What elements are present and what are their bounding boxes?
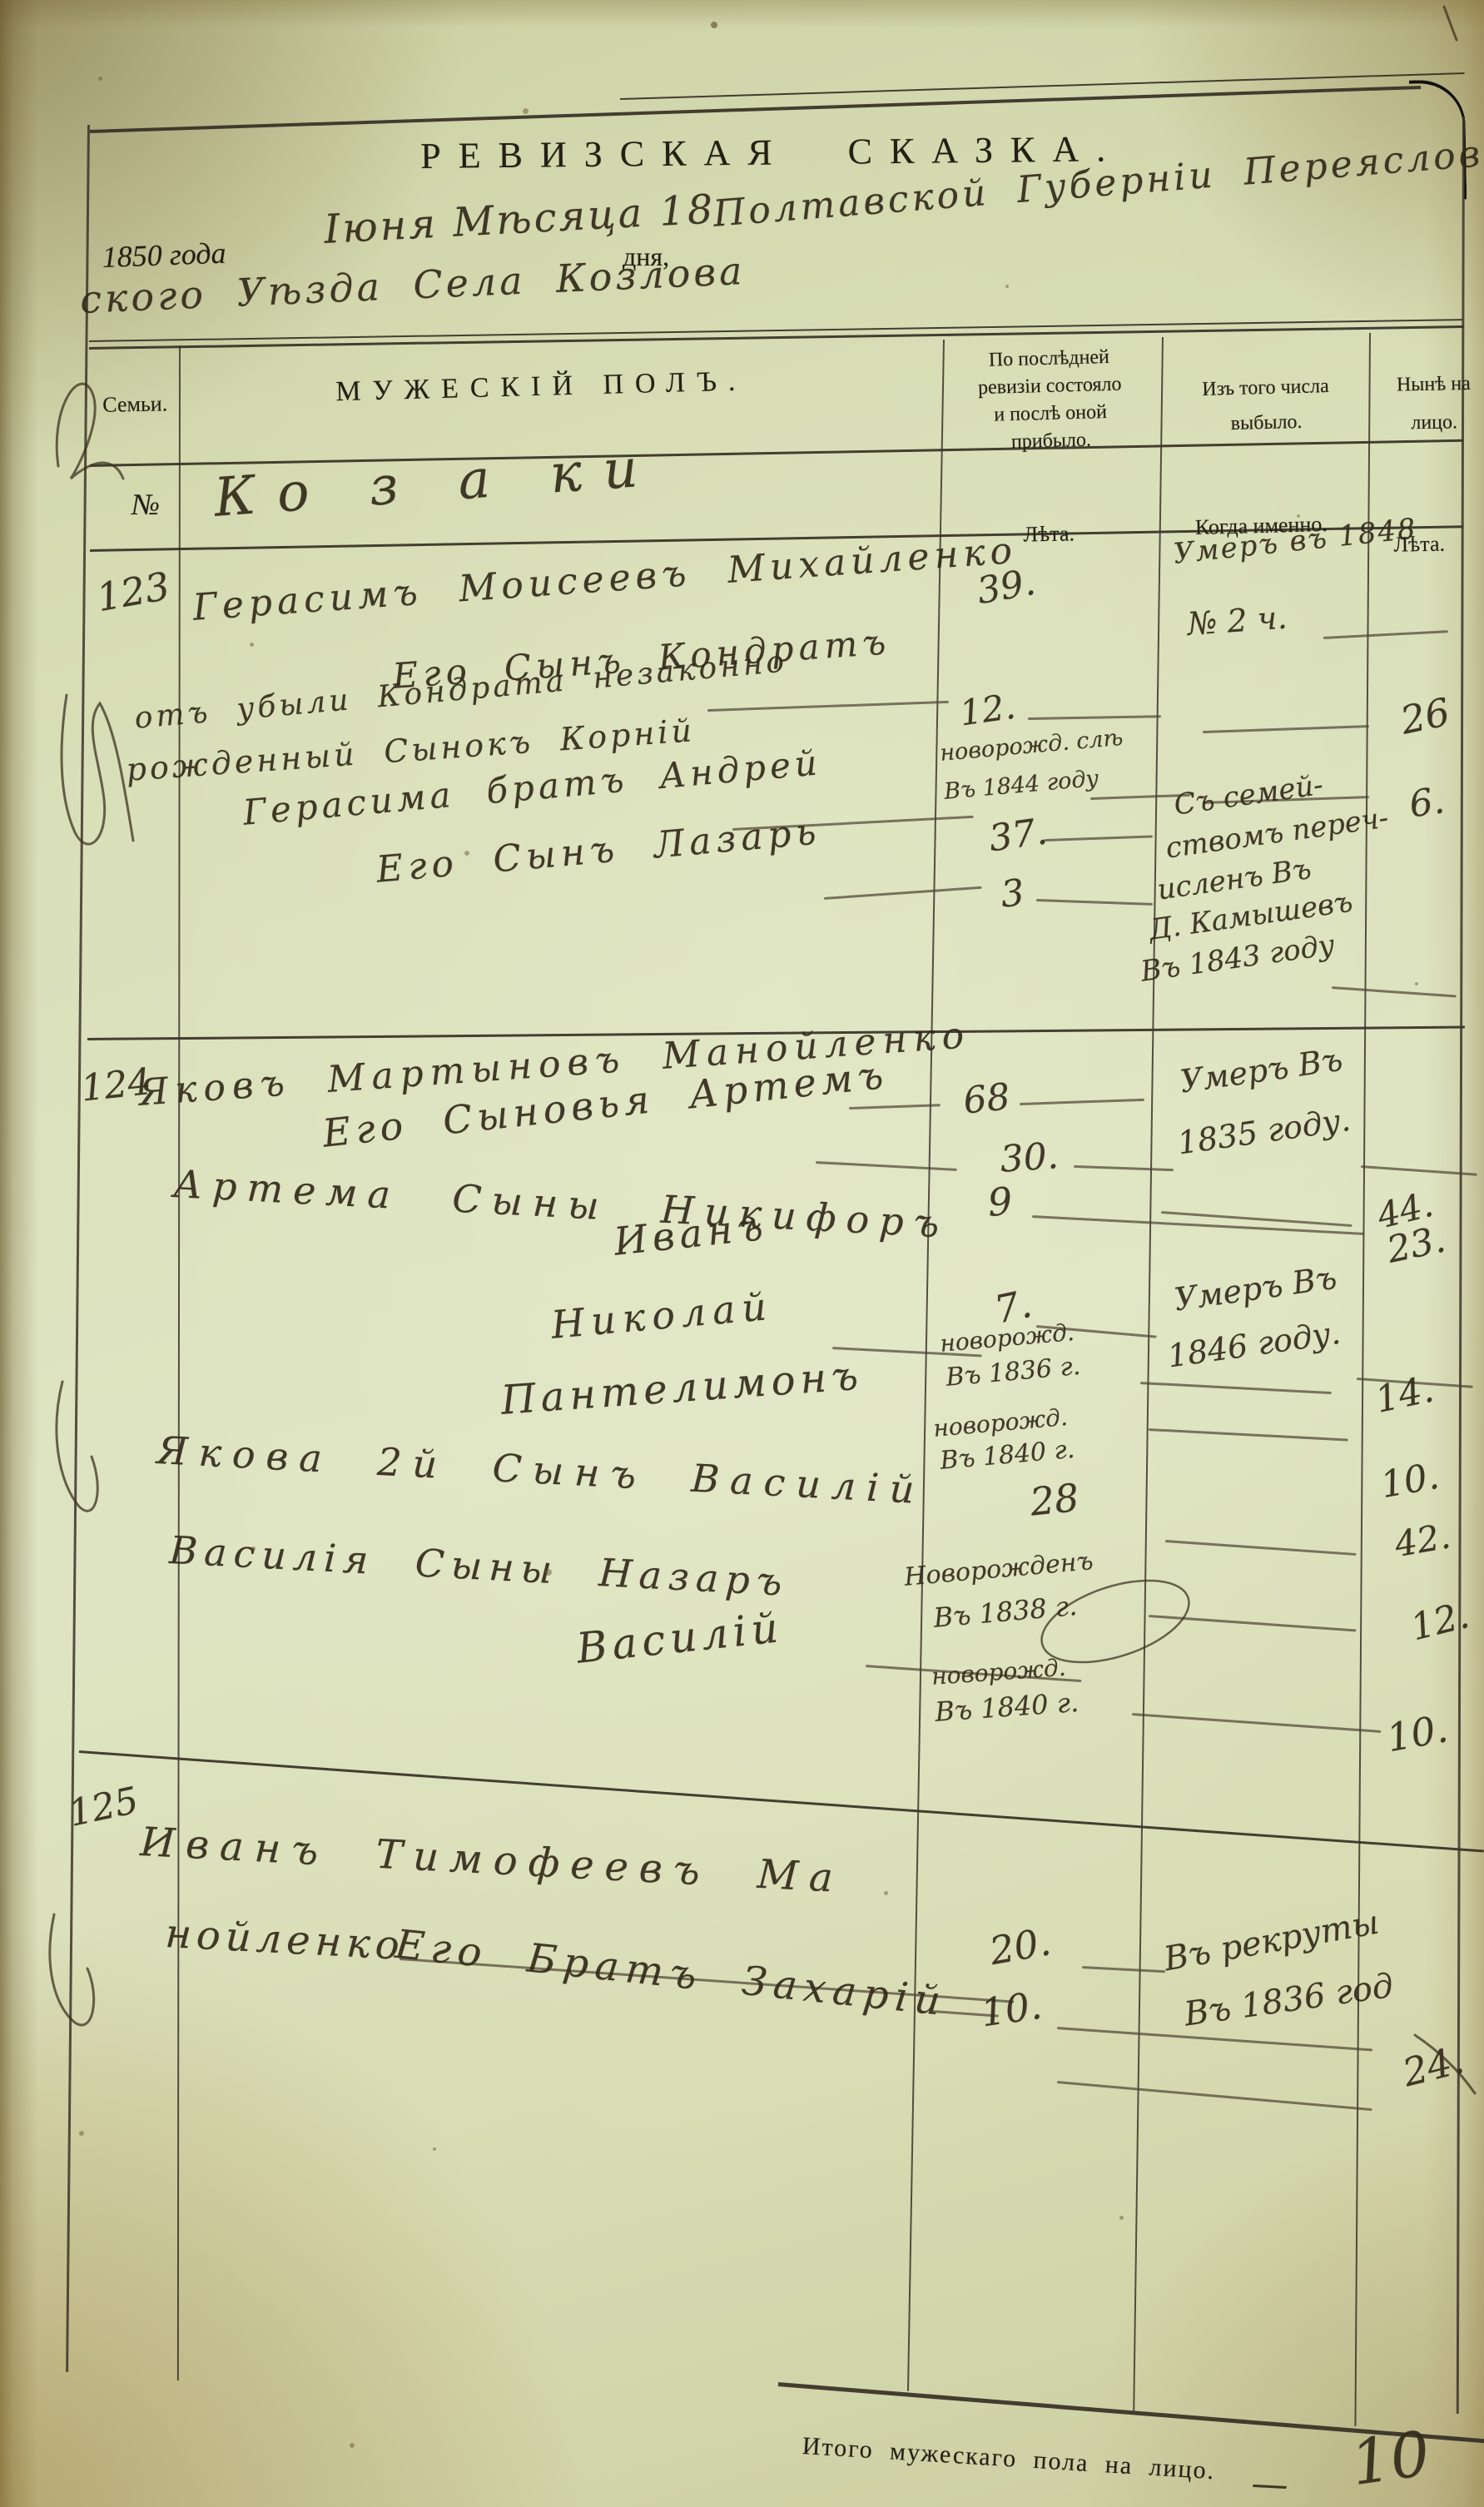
person-row: Якова 2й Сынъ Василій (156, 1427, 926, 1512)
connector-dash (1032, 1215, 1365, 1235)
col-header-present-l2: лицо. (1376, 403, 1484, 443)
left-border (66, 125, 90, 2372)
col-header-last-revision: По послѣдней ревизіи состояло и послѣ он… (949, 343, 1151, 458)
age-last: 28 (1028, 1475, 1081, 1525)
ink-dot-top (711, 22, 717, 28)
connector-dash (1074, 1165, 1174, 1171)
person-row: Герасимъ Моисеевъ Михайленко (191, 529, 1019, 629)
connector-dash (1036, 899, 1153, 906)
connector-dash (1028, 715, 1161, 720)
connector-dash (1140, 1382, 1332, 1394)
person-row: Его Сынъ Лазарь (375, 810, 822, 891)
note-departed: Умеръ Въ (1172, 1259, 1339, 1318)
age-note: Въ 1840 г. (939, 1435, 1076, 1476)
note-departed: № 2 ч. (1186, 599, 1288, 643)
age-note: Новорожденъ (903, 1546, 1094, 1592)
col-header-departed-l1: Изъ того числа (1169, 368, 1362, 408)
note-departed: 1835 году. (1175, 1101, 1352, 1162)
age-now: 26 (1397, 689, 1453, 743)
person-row: Пантелимонъ (499, 1353, 865, 1424)
age-note: Въ 1836 г. (945, 1352, 1082, 1393)
age-note: Въ 1840 г. (934, 1686, 1079, 1728)
column-line-family (177, 345, 181, 2380)
connector-dash (824, 886, 982, 900)
connector-dash (1149, 1615, 1357, 1631)
age-last: 68 (961, 1075, 1012, 1123)
connector-dash (849, 1104, 941, 1110)
note-departed: 1846 году. (1165, 1314, 1343, 1375)
connector-dash (707, 701, 949, 712)
column-line-age-last (907, 340, 945, 2391)
person-row: Артема Сыны Никифоръ (172, 1161, 950, 1247)
age-last: 30. (999, 1134, 1060, 1181)
connector-dash (1149, 1428, 1348, 1442)
col-header-present: Нынѣ на лицо. (1375, 365, 1484, 443)
person-row: Василій (574, 1603, 785, 1673)
total-label: Итого мужескаго пола на лицо. (802, 2432, 1216, 2485)
paper-speck (523, 108, 529, 114)
family-number: 123 (93, 563, 173, 620)
paper-speck (1297, 514, 1300, 518)
paper-speck (251, 1546, 256, 1551)
subheader-number-sign: № (117, 487, 175, 522)
paper-speck (250, 643, 254, 647)
connector-dash (1057, 2081, 1372, 2111)
connector-dash (1332, 986, 1457, 997)
col-header-last-revision-l4: прибыло. (951, 425, 1152, 458)
margin-flourish-family-123 (62, 695, 133, 844)
person-row: Иванъ Тимофеевъ Ма (139, 1819, 845, 1902)
col-header-present-l1: Нынѣ на (1375, 365, 1484, 405)
stray-pen-stroke-top-right (1444, 7, 1457, 40)
paper-speck (464, 851, 469, 856)
person-row: Василія Сыны Назаръ (168, 1527, 790, 1605)
paper-speck (1415, 982, 1418, 985)
age-last: 37. (986, 810, 1050, 860)
subheader-group-handwritten: Ко з а ки (212, 437, 661, 529)
paper-speck (884, 1891, 888, 1895)
connector-dash (816, 1161, 957, 1171)
document-page: РЕВИЗСКАЯ СКАЗКА. 1850 года Іюня Мѣсяца … (0, 0, 1484, 2507)
connector-dash (1165, 1540, 1357, 1556)
age-now: 10. (1383, 1705, 1451, 1760)
connector-dash (1082, 1966, 1165, 1973)
age-note: Въ 1844 году (943, 766, 1099, 805)
top-border-thin (620, 72, 1465, 100)
age-now: 12. (1407, 1594, 1473, 1649)
age-now: 10. (1377, 1455, 1442, 1507)
connector-dash (1020, 1099, 1144, 1105)
col-header-departed-l2: выбыло. (1170, 403, 1362, 443)
age-last: 3 (999, 871, 1026, 916)
paper-speck (433, 2147, 436, 2151)
col-header-male: МУЖЕСКІЙ ПОЛЪ. (250, 364, 833, 410)
note-recruit: Въ рекруты (1161, 1904, 1382, 1979)
age-now: 14. (1372, 1368, 1437, 1421)
age-note: новорожд. (931, 1654, 1067, 1690)
paper-speck (1005, 285, 1009, 288)
paper-speck (545, 1569, 552, 1576)
age-last: 20. (986, 1919, 1054, 1973)
age-last: 10. (978, 1983, 1045, 2036)
col-header-family: Семьи. (93, 391, 177, 418)
connector-dash (1323, 630, 1448, 639)
note-departed: Умеръ Въ (1178, 1041, 1345, 1100)
col-header-last-revision-l2: ревизіи состояло (950, 370, 1150, 403)
paper-speck (1119, 2216, 1124, 2220)
person-row: Его Братъ Захарій (393, 1921, 949, 2025)
paper-speck (350, 2443, 355, 2448)
note-recruit: Въ 1836 год (1182, 1967, 1396, 2034)
connector-dash (1045, 835, 1153, 841)
paper-speck (79, 2131, 84, 2136)
age-last: 9 (986, 1179, 1014, 1225)
connector-dash (1132, 1713, 1381, 1733)
paper-speck (98, 77, 102, 81)
person-row: Николай (549, 1283, 775, 1348)
family-number: 125 (65, 1780, 142, 1835)
column-line-departed (1133, 337, 1164, 2414)
age-last: 12. (957, 686, 1018, 734)
person-row: нойленко (164, 1910, 405, 1969)
top-border-thick (90, 86, 1421, 133)
age-now: 6. (1407, 779, 1447, 826)
intro-year: 1850 года (102, 236, 226, 275)
age-last: 39. (974, 561, 1039, 613)
connector-dash (1057, 2027, 1372, 2052)
total-dash: — (1250, 2462, 1289, 2506)
age-note: Въ 1838 г. (932, 1590, 1079, 1634)
age-note: новорожд. (939, 1318, 1075, 1358)
total-value: 10 (1347, 2418, 1434, 2500)
connector-dash (1203, 725, 1369, 733)
col-header-departed: Изъ того числа выбыло. (1169, 368, 1362, 443)
age-now: 42. (1392, 1515, 1453, 1565)
